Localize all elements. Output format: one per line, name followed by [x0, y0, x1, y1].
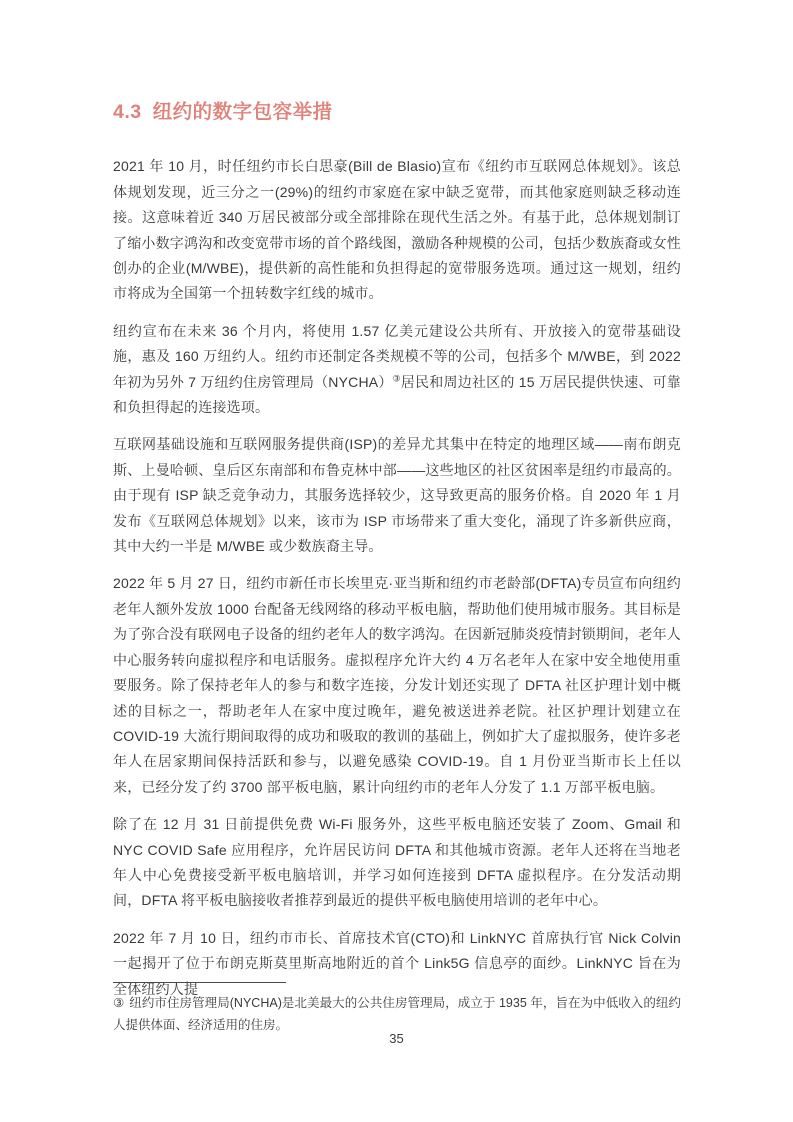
footnote-marker: ③	[113, 996, 124, 1010]
body-paragraph: 互联网基础设施和互联网服务提供商(ISP)的差异尤其集中在特定的地理区域——南布…	[113, 432, 681, 559]
document-page: 4.3纽约的数字包容举措 2021 年 10 月，时任纽约市长白思豪(Bill …	[0, 0, 793, 1122]
body-paragraph: 2021 年 10 月，时任纽约市长白思豪(Bill de Blasio)宣布《…	[113, 154, 681, 306]
footnote-reference: ③	[393, 373, 401, 383]
footnote-divider	[113, 982, 286, 983]
section-number: 4.3	[113, 101, 142, 123]
body-paragraph: 2022 年 5 月 27 日，纽约市新任市长埃里克·亚当斯和纽约市老龄部(DF…	[113, 571, 681, 800]
footnote-text: ③纽约市住房管理局(NYCHA)是北美最大的公共住房管理局，成立于 1935 年…	[113, 992, 681, 1036]
footnote-body: 纽约市住房管理局(NYCHA)是北美最大的公共住房管理局，成立于 1935 年，…	[113, 996, 681, 1032]
section-heading: 4.3纽约的数字包容举措	[113, 100, 681, 124]
page-number: 35	[0, 1031, 793, 1046]
footnote-block: ③纽约市住房管理局(NYCHA)是北美最大的公共住房管理局，成立于 1935 年…	[113, 982, 681, 1036]
body-paragraph: 除了在 12 月 31 日前提供免费 Wi-Fi 服务外，这些平板电脑还安装了 …	[113, 812, 681, 914]
section-title: 纽约的数字包容举措	[153, 101, 333, 123]
body-paragraph: 纽约宣布在未来 36 个月内，将使用 1.57 亿美元建设公共所有、开放接入的宽…	[113, 319, 681, 421]
